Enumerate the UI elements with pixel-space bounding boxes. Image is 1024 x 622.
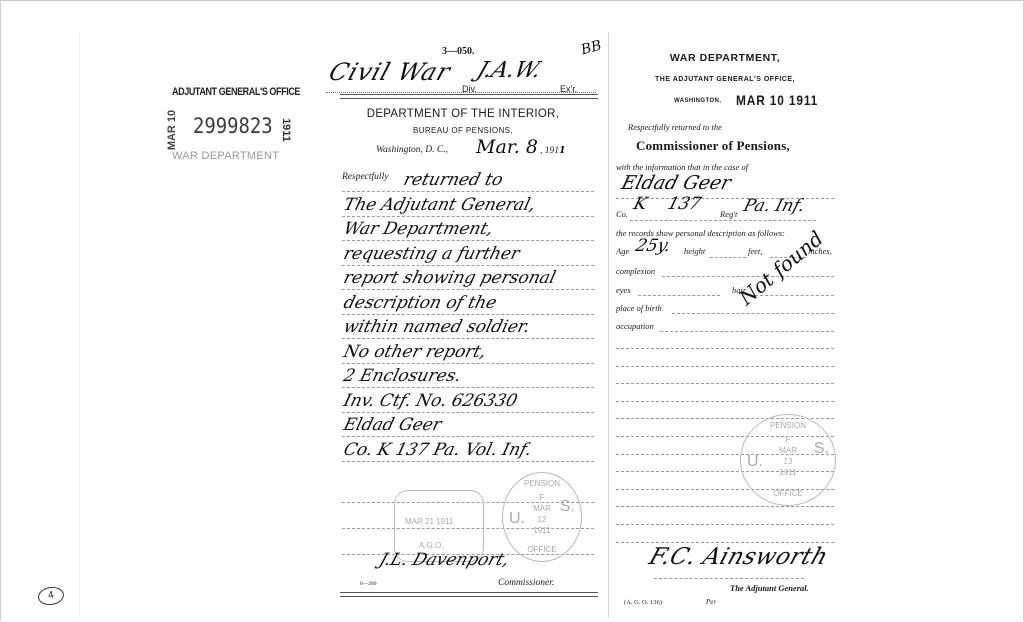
- rule: [342, 387, 594, 388]
- rule: [616, 524, 834, 525]
- header-rule: [340, 94, 598, 99]
- ag-office-title: THE ADJUTANT GENERAL'S OFFICE,: [610, 76, 840, 83]
- stamp-top: PENSION: [503, 479, 581, 488]
- birth-label: place of birth: [616, 303, 662, 313]
- rule: [342, 363, 594, 364]
- year-prefix: , 191: [540, 146, 559, 156]
- complexion-label: complexion: [616, 266, 655, 276]
- place-label: Washington, D. C.,: [376, 145, 448, 155]
- co-label: Co.: [616, 209, 628, 219]
- bureau-title: BUREAU OF PENSIONS,: [318, 126, 608, 135]
- form-footer: 6—280: [360, 581, 377, 587]
- info-line: with the information that in the case of: [616, 162, 748, 172]
- commissioner-title: Commissioner.: [498, 578, 554, 588]
- feet-label: feet,: [748, 246, 762, 256]
- handwritten-line: The Adjutant General,: [342, 195, 538, 215]
- form-footer: (A. G. O. 136): [624, 599, 662, 606]
- handwritten-line: 2 Enclosures.: [342, 366, 464, 386]
- regt-label: Reg't: [720, 209, 737, 219]
- received-stamp-date: MAR 21 1911: [405, 517, 453, 526]
- age-label: Age: [616, 246, 629, 256]
- rule: [342, 191, 594, 192]
- rule: [342, 265, 594, 266]
- rule: [662, 276, 834, 277]
- regiment: Pa. Inf.: [741, 196, 807, 216]
- regiment-number: 137: [665, 194, 703, 214]
- exr-label: Ex'r.: [560, 84, 577, 94]
- rule: [638, 295, 720, 296]
- scan-edge-line: [79, 32, 80, 617]
- stamp-bottom: OFFICE: [741, 489, 835, 498]
- rule: [342, 314, 594, 315]
- not-found-note: Not found: [734, 226, 828, 310]
- rule: [672, 313, 834, 314]
- rule: [710, 257, 746, 258]
- adjutant-general-received-stamp: ADJUTANT GENERAL'S OFFICE MAR 10 2999823…: [168, 82, 303, 172]
- handwritten-line: Eldad Geer: [342, 415, 444, 435]
- stamp-number: 2999823: [193, 114, 273, 138]
- stamp-bottom: WAR DEPARTMENT: [172, 150, 279, 162]
- stamp-date-left: MAR 10: [166, 110, 178, 150]
- footer-rule: [340, 592, 598, 597]
- rule: [616, 401, 834, 402]
- war-department-form: WAR DEPARTMENT, THE ADJUTANT GENERAL'S O…: [610, 32, 840, 617]
- war-dept-title: WAR DEPARTMENT,: [610, 52, 840, 64]
- respectfully-label: Respectfully: [342, 172, 388, 182]
- stamp-u: U.: [509, 510, 525, 528]
- rule: [342, 216, 594, 217]
- handwritten-line: No other report,: [342, 342, 489, 362]
- division-line: Civil War Div. J.A.W. Ex'r. BB: [326, 52, 596, 93]
- handwritten-line: Inv. Ctf. No. 626330: [342, 391, 520, 411]
- stamp-top: PENSION: [741, 421, 835, 430]
- stamp-title: ADJUTANT GENERAL'S OFFICE: [172, 86, 300, 98]
- rule: [660, 331, 834, 332]
- handwritten-line: description of the: [342, 293, 499, 313]
- received-stamp-bottom: A.G.O.: [419, 541, 443, 550]
- pension-office-stamp: PENSION F MAR 13 1911 U. S. OFFICE: [740, 414, 836, 506]
- interior-form: 3—050. Civil War Div. J.A.W. Ex'r. BB DE…: [318, 32, 608, 617]
- div-label: Div.: [462, 84, 477, 94]
- handwritten-line: War Department,: [342, 219, 496, 239]
- rule: [342, 338, 594, 339]
- year-label: , 1911: [540, 145, 566, 156]
- handwritten-line: requesting a further: [342, 244, 522, 264]
- addressee: Commissioner of Pensions,: [636, 138, 790, 154]
- eyes-label: eyes: [616, 285, 631, 295]
- handwritten-line: within named soldier.: [342, 317, 533, 337]
- signature-rule: [654, 578, 804, 579]
- company: K: [631, 194, 649, 214]
- commissioner-signature: J.L. Davenport,: [377, 550, 512, 570]
- rule: [342, 412, 594, 413]
- per-label: Per: [706, 598, 716, 606]
- stamp-u: U.: [747, 453, 763, 471]
- soldier-name: Eldad Geer: [619, 172, 733, 194]
- stamp-bottom: OFFICE: [503, 545, 581, 554]
- pension-office-stamp: PENSION F MAR 12 1911 U. S. OFFICE: [502, 472, 582, 562]
- stamp-s: S.: [814, 440, 829, 458]
- department-title: DEPARTMENT OF THE INTERIOR,: [318, 108, 608, 120]
- occupation-label: occupation: [616, 321, 654, 331]
- signature-title: The Adjutant General.: [730, 583, 809, 593]
- stamp-date-right: 1911: [280, 118, 292, 142]
- rule: [616, 542, 834, 543]
- adjutant-general-signature: F.C. Ainsworth: [646, 544, 832, 570]
- handwritten-line: report showing personal: [342, 268, 558, 288]
- rule: [616, 348, 834, 349]
- examiner-initials: J.A.W.: [473, 58, 545, 83]
- corner-initials: BB: [579, 38, 603, 59]
- rule: [630, 220, 816, 221]
- handwritten-line: Co. K 137 Pa. Vol. Inf.: [342, 440, 534, 460]
- age-value: 25y.: [633, 236, 673, 256]
- respectfully-returned: Respectfully returned to the: [628, 122, 722, 132]
- rule: [342, 436, 594, 437]
- handwritten-line: returned to: [402, 170, 505, 190]
- handwritten-division: Civil War: [325, 58, 454, 86]
- handwritten-date: Mar. 8: [476, 136, 538, 158]
- rule: [342, 240, 594, 241]
- washington-label: WASHINGTON,: [674, 98, 721, 104]
- height-label: height: [684, 246, 705, 256]
- stamp-s: S.: [560, 498, 575, 516]
- rule: [616, 383, 834, 384]
- rule: [616, 506, 834, 507]
- year-suffix: 1: [559, 145, 566, 156]
- date-stamp: MAR 10 1911: [736, 92, 818, 108]
- rule: [342, 289, 594, 290]
- rule: [342, 461, 594, 462]
- rule: [616, 366, 834, 367]
- panel-divider: [608, 32, 609, 617]
